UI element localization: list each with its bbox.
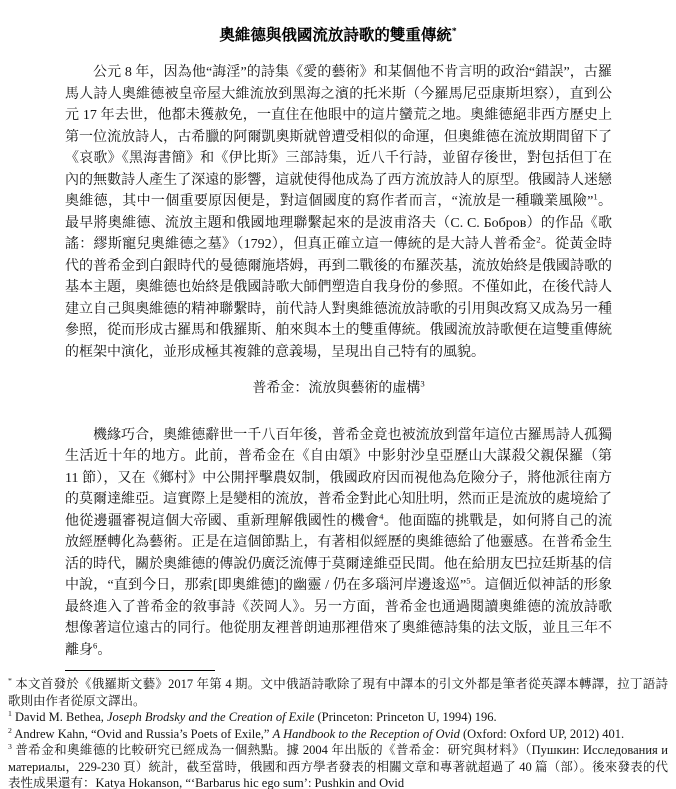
footnote-item: 2 Andrew Kahn, “Ovid and Russia’s Poets … bbox=[8, 726, 668, 743]
footnote-item: * 本文首發於《俄羅斯文藝》2017 年第 4 期。文中俄語詩歌除了現有中譯本的… bbox=[8, 676, 668, 709]
document-page: 奧維德與俄國流放詩歌的雙重傳統* 公元 8 年，因為他“誨淫”的詩集《愛的藝術》… bbox=[0, 0, 676, 789]
footnotes: * 本文首發於《俄羅斯文藝》2017 年第 4 期。文中俄語詩歌除了現有中譯本的… bbox=[8, 676, 668, 789]
document-title: 奧維德與俄國流放詩歌的雙重傳統* bbox=[0, 25, 676, 47]
footnote-item: 3 普希金和奧維德的比較研究已經成為一個熱點。據 2004 年出版的《普希金：研… bbox=[8, 742, 668, 789]
document-body: 公元 8 年，因為他“誨淫”的詩集《愛的藝術》和某個他不肯言明的政治“錯誤”，古… bbox=[65, 62, 612, 661]
footnote-item: 1 David M. Bethea, Joseph Brodsky and th… bbox=[8, 709, 668, 726]
footnote-separator bbox=[65, 670, 215, 671]
body-paragraph: 機緣巧合，奧維德辭世一千八百年後，普希金竟也被流放到當年這位古羅馬詩人孤獨生活近… bbox=[65, 425, 612, 662]
section-heading: 普希金：流放與藝術的虛構3 bbox=[65, 378, 612, 400]
body-paragraph: 公元 8 年，因為他“誨淫”的詩集《愛的藝術》和某個他不肯言明的政治“錯誤”，古… bbox=[65, 62, 612, 363]
